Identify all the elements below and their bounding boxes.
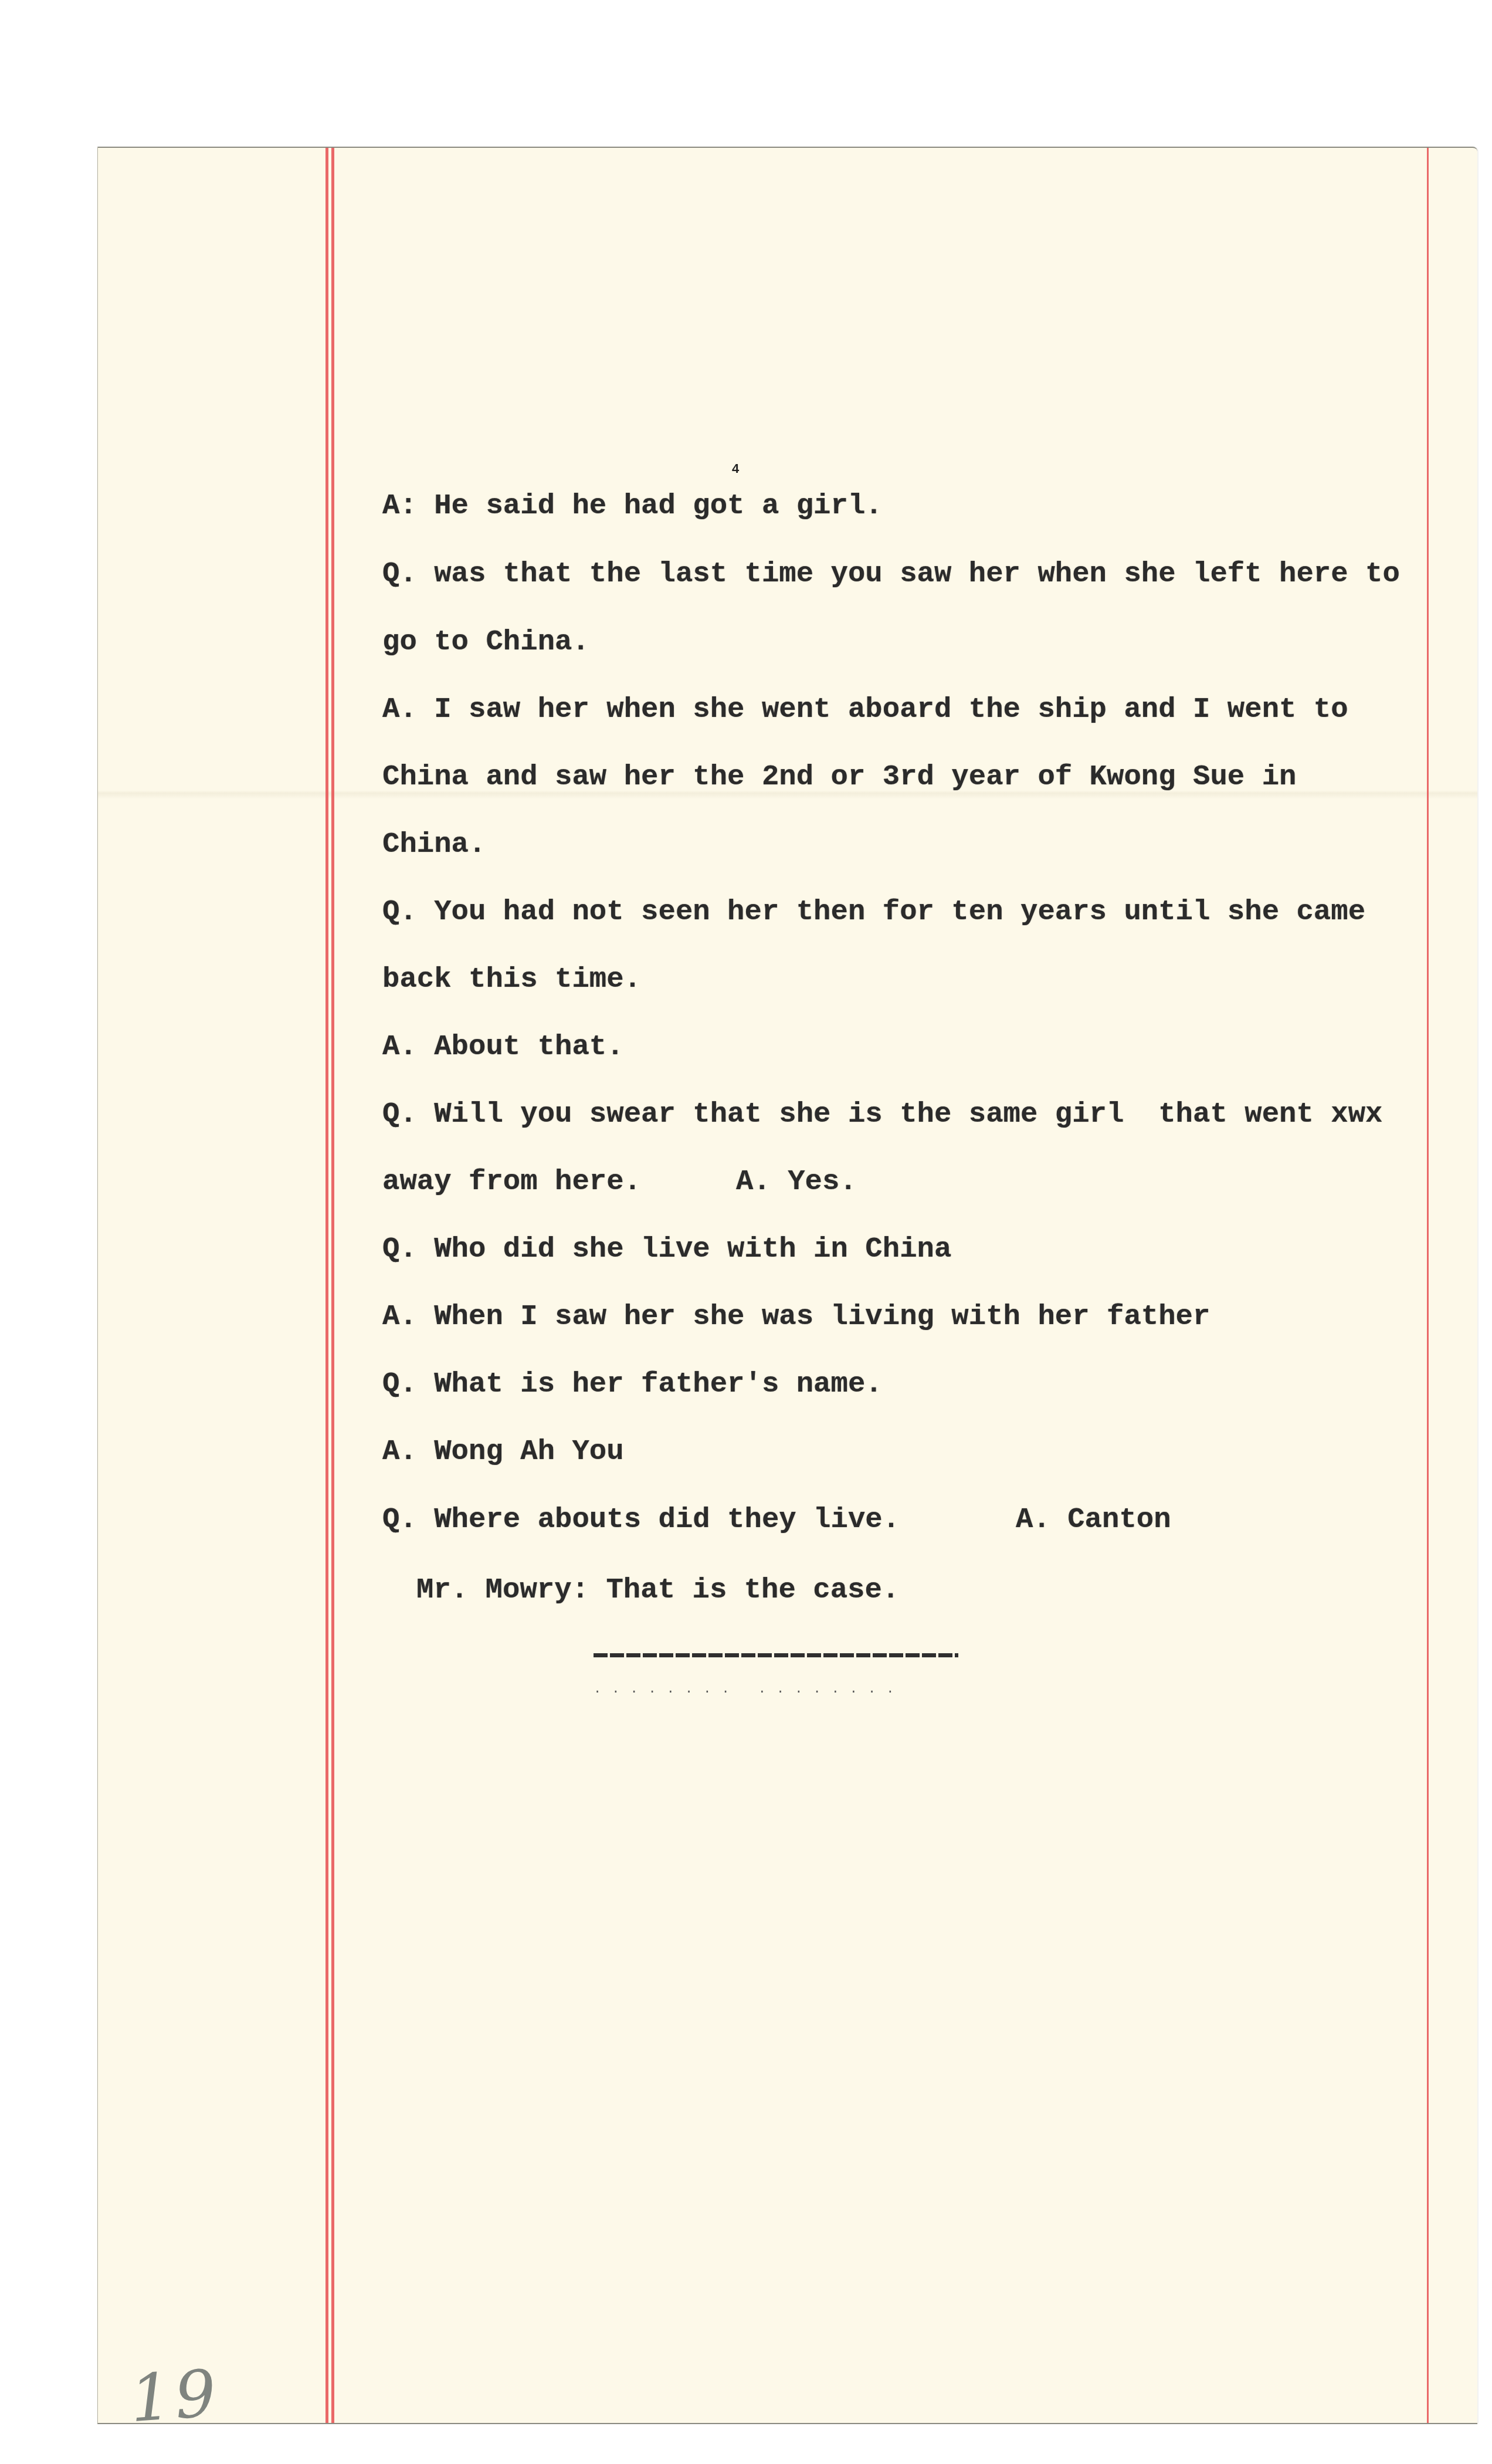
handwritten-page-number: 19 — [128, 2355, 222, 2436]
transcript-line: back this time. — [382, 962, 641, 997]
closing-statement: Mr. Mowry: That is the case. — [416, 1572, 899, 1607]
transcript-line: A. About that. — [382, 1029, 624, 1064]
transcript-line: A. I saw her when she went aboard the sh… — [382, 692, 1348, 727]
page-mark: 4 — [732, 461, 739, 476]
transcript-line: A. Wong Ah You — [382, 1434, 624, 1469]
transcript-line: Q. Who did she live with in China — [382, 1231, 951, 1267]
transcript-line: Q. Will you swear that she is the same g… — [382, 1096, 1382, 1132]
end-rule-dots: ........ ........ — [594, 1687, 958, 1692]
transcript-line: China. — [382, 827, 486, 862]
right-margin-red-line — [1427, 148, 1429, 2423]
left-margin-red-line — [325, 148, 328, 2423]
transcript-line: Q. What is her father's name. — [382, 1366, 883, 1402]
transcript-line: A: He said he had got a girl. — [382, 488, 883, 523]
inline-answer-yes: A. Yes. — [736, 1164, 857, 1199]
transcript-line: China and saw her the 2nd or 3rd year of… — [382, 759, 1296, 794]
transcript-line: A. When I saw her she was living with he… — [382, 1299, 1210, 1334]
transcript-line: Q. was that the last time you saw her wh… — [382, 556, 1400, 591]
inline-answer-canton: A. Canton — [1016, 1502, 1171, 1537]
transcript-line: Q. You had not seen her then for ten yea… — [382, 894, 1365, 929]
transcript-line: away from here. — [382, 1164, 641, 1199]
end-rule — [594, 1653, 958, 1657]
transcript-line: go to China. — [382, 624, 589, 659]
left-margin-red-line-2 — [331, 148, 334, 2423]
transcript-line: Q. Where abouts did they live. — [382, 1502, 900, 1537]
